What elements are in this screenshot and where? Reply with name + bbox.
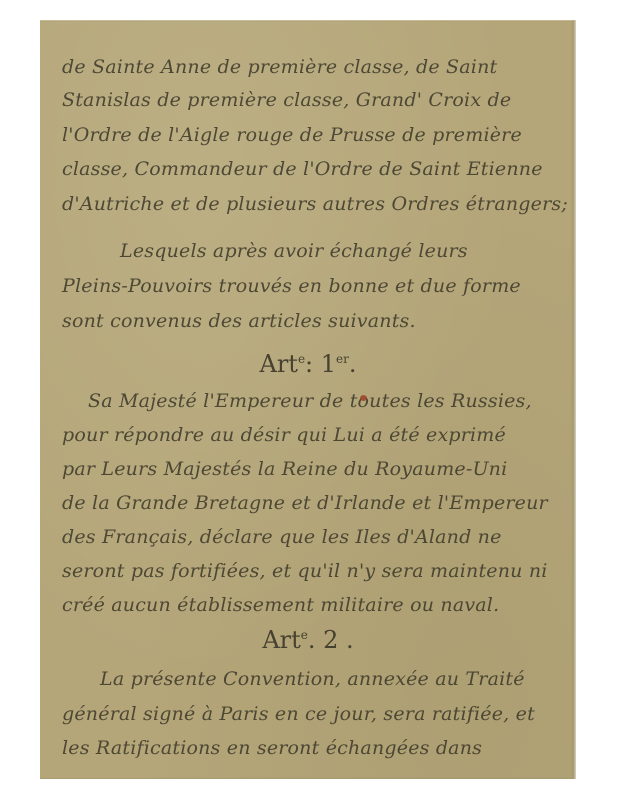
text-line: les Ratifications en seront échangées da… xyxy=(62,737,482,759)
text-line: de la Grande Bretagne et d'Irlande et l'… xyxy=(62,492,548,514)
red-ink-mark xyxy=(360,395,367,401)
text-line: d'Autriche et de plusieurs autres Ordres… xyxy=(62,193,568,215)
text-line: Sa Majesté l'Empereur de toutes les Russ… xyxy=(88,390,532,412)
text-line: Stanislas de première classe, Grand' Cro… xyxy=(62,89,511,111)
heading-number-superscript: er xyxy=(336,352,349,366)
heading-text: Art xyxy=(259,350,297,378)
text-line: Lesquels après avoir échangé leurs xyxy=(120,240,468,262)
text-line: seront pas fortifiées, et qu'il n'y sera… xyxy=(62,560,548,582)
article-2-heading: Arte. 2 . xyxy=(40,626,576,654)
heading-number: . 2 . xyxy=(308,626,354,654)
text-line: sont convenus des articles suivants. xyxy=(62,310,416,332)
heading-superscript: e xyxy=(301,628,308,642)
heading-superscript: e xyxy=(298,352,305,366)
heading-text: Art xyxy=(262,626,300,654)
text-line: par Leurs Majestés la Reine du Royaume-U… xyxy=(62,458,507,480)
text-line: de Sainte Anne de première classe, de Sa… xyxy=(62,56,497,78)
text-line: Pleins-Pouvoirs trouvés en bonne et due … xyxy=(62,275,521,297)
text-line: créé aucun établissement militaire ou na… xyxy=(62,594,499,616)
heading-period: . xyxy=(349,350,357,378)
manuscript-page: de Sainte Anne de première classe, de Sa… xyxy=(40,20,576,779)
text-line: l'Ordre de l'Aigle rouge de Prusse de pr… xyxy=(62,124,522,146)
article-1-heading: Arte: 1er. xyxy=(40,350,576,378)
text-line: classe, Commandeur de l'Ordre de Saint E… xyxy=(62,158,543,180)
text-line: général signé à Paris en ce jour, sera r… xyxy=(62,703,535,725)
text-line: des Français, déclare que les Iles d'Ala… xyxy=(62,526,502,548)
heading-number: : 1 xyxy=(305,350,336,378)
text-line: pour répondre au désir qui Lui a été exp… xyxy=(62,424,506,446)
text-line: La présente Convention, annexée au Trait… xyxy=(100,668,525,690)
page-edge xyxy=(573,20,576,779)
